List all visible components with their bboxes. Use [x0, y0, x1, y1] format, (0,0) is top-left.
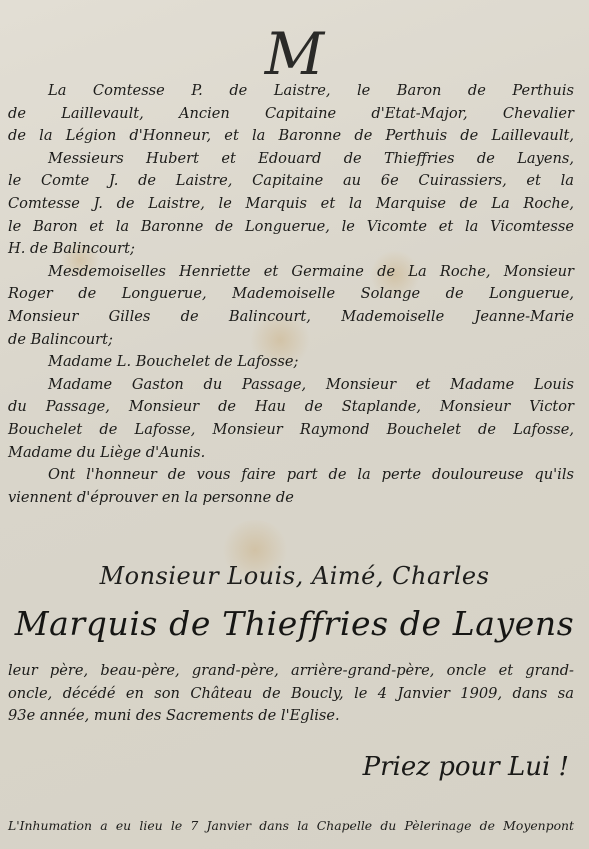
- body-line: Madame L. Bouchelet de Lafosse;: [8, 351, 574, 374]
- body-line: le Comte J. de Laistre, Capitaine au 6e …: [8, 170, 574, 193]
- deceased-given-names: Monsieur Louis, Aimé, Charles: [0, 562, 589, 590]
- detail-line: 93e année, muni des Sacrements de l'Egli…: [8, 705, 574, 728]
- body-line: Mesdemoiselles Henriette et Germaine de …: [8, 261, 574, 284]
- burial-note: L'Inhumation a eu lieu le 7 Janvier dans…: [8, 818, 574, 833]
- body-line: Ont l'honneur de vous faire part de la p…: [8, 464, 574, 487]
- body-line: du Passage, Monsieur de Hau de Staplande…: [8, 396, 574, 419]
- body-line: viennent d'éprouver en la personne de: [8, 487, 574, 510]
- body-line: Roger de Longuerue, Mademoiselle Solange…: [8, 283, 574, 306]
- deceased-title-surname: Marquis de Thieffries de Layens: [0, 604, 589, 643]
- body-line: Madame du Liège d'Aunis.: [8, 442, 574, 465]
- body-line: Comtesse J. de Laistre, le Marquis et la…: [8, 193, 574, 216]
- announcement-body: La Comtesse P. de Laistre, le Baron de P…: [8, 80, 574, 509]
- body-line: le Baron et la Baronne de Longuerue, le …: [8, 216, 574, 239]
- body-line: Messieurs Hubert et Edouard de Thieffrie…: [8, 148, 574, 171]
- funeral-announcement-card: M La Comtesse P. de Laistre, le Baron de…: [0, 0, 589, 849]
- body-line: de la Légion d'Honneur, et la Baronne de…: [8, 125, 574, 148]
- body-line: Bouchelet de Lafosse, Monsieur Raymond B…: [8, 419, 574, 442]
- detail-line: leur père, beau-père, grand-père, arrièr…: [8, 660, 574, 683]
- body-line: H. de Balincourt;: [8, 238, 574, 261]
- prayer-line: Priez pour Lui !: [363, 752, 569, 782]
- body-line: Madame Gaston du Passage, Monsieur et Ma…: [8, 374, 574, 397]
- ornamental-initial: M: [0, 20, 589, 88]
- detail-line: oncle, décédé en son Château de Boucly, …: [8, 683, 574, 706]
- body-line: de Balincourt;: [8, 329, 574, 352]
- body-line: de Laillevault, Ancien Capitaine d'Etat-…: [8, 103, 574, 126]
- body-line: Monsieur Gilles de Balincourt, Mademoise…: [8, 306, 574, 329]
- death-details: leur père, beau-père, grand-père, arrièr…: [8, 660, 574, 728]
- body-line: La Comtesse P. de Laistre, le Baron de P…: [8, 80, 574, 103]
